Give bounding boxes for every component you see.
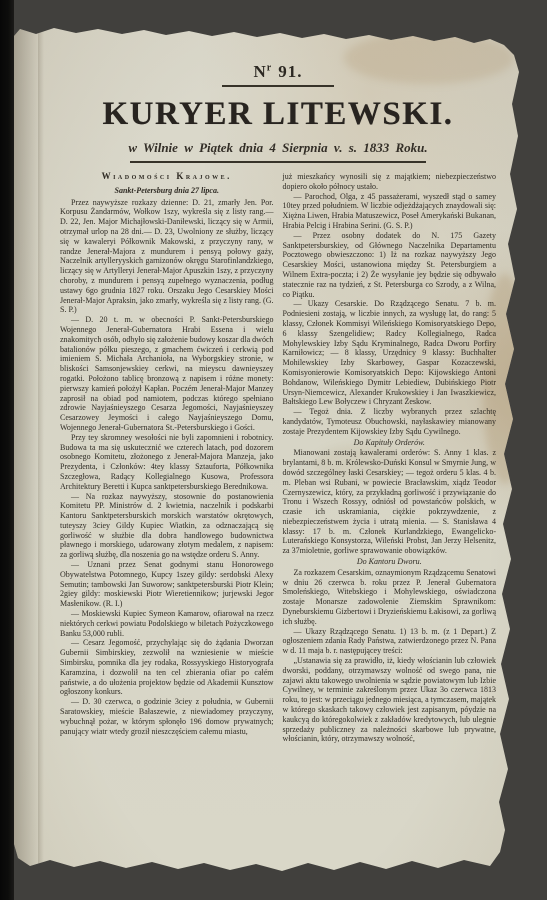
section-heading: Wiadomości Krajowe. [60, 172, 274, 182]
dateline-rule [130, 161, 426, 163]
article-paragraph: — D. 20 t. m. w obecności P. Sankt-Peter… [60, 315, 274, 433]
sub-heading: Do Kantoru Dworu. [283, 557, 497, 567]
article-columns: Wiadomości Krajowe.Sankt-Petersburg dnia… [60, 172, 496, 744]
book-gutter-shadow [0, 0, 14, 900]
issue-prefix: N [254, 62, 267, 81]
issue-value: 91. [278, 62, 302, 81]
article-paragraph: — D. 30 czerwca, o godzinie 3ciey z połu… [60, 697, 274, 736]
article-paragraph: — Przez osobny dodatek do N. 175 Gazety … [283, 231, 497, 300]
article-paragraph: Przy tey skromney wesołości nie byli zap… [60, 433, 274, 492]
article-paragraph: — Na rozkaz naywyższy, stosownie do post… [60, 492, 274, 561]
masthead-dateline: w Wilnie w Piątek dnia 4 Sierpnia v. s. … [60, 140, 496, 156]
article-paragraph: — Parochod, Olga, z 45 passażerami, wysz… [283, 192, 497, 231]
newspaper-page: Nr91. KURYER LITEWSKI. w Wilnie w Piątek… [14, 24, 522, 877]
article-paragraph: — Ukazy Rządzącego Senatu. 1) 13 b. m. (… [283, 627, 497, 656]
issue-superscript: r [267, 62, 272, 73]
article-paragraph: „Ustanawia się za prawidło, iż, kiedy wł… [283, 656, 497, 744]
issue-rule [222, 85, 334, 87]
column-dateline: Sankt-Petersburg dnia 27 lipca. [60, 186, 274, 196]
scan-background: Nr91. KURYER LITEWSKI. w Wilnie w Piątek… [0, 0, 547, 900]
article-paragraph: — Cesarz Jegomość, przychylając się do ż… [60, 638, 274, 697]
article-paragraph: — Uznani przez Senat godnymi stanu Honor… [60, 560, 274, 609]
article-paragraph: Mianowani zostają kawalerami orderów: S.… [283, 448, 497, 556]
masthead: Nr91. KURYER LITEWSKI. w Wilnie w Piątek… [60, 62, 496, 163]
left-column: Wiadomości Krajowe.Sankt-Petersburg dnia… [60, 172, 274, 744]
article-paragraph: Za rozkazem Cesarskim, oznaymionym Rządz… [283, 568, 497, 627]
newspaper-title: KURYER LITEWSKI. [60, 96, 496, 133]
page-content: Nr91. KURYER LITEWSKI. w Wilnie w Piątek… [14, 24, 522, 877]
right-column: już mieszkańcy wynosili się z majątkiem;… [283, 172, 497, 744]
issue-number: Nr91. [60, 62, 496, 82]
article-paragraph: — Tegoż dnia. Z liczby wybranych przez s… [283, 407, 497, 436]
article-paragraph: — Moskiewski Kupiec Symeon Kamarow, ofia… [60, 609, 274, 638]
article-paragraph: Przez naywyższe rozkazy dzienne: D. 21, … [60, 198, 274, 316]
sub-heading: Do Kapituły Orderów. [283, 438, 497, 448]
article-paragraph: — Ukazy Cesarskie. Do Rządzącego Senatu.… [283, 299, 497, 407]
article-paragraph: już mieszkańcy wynosili się z majątkiem;… [283, 172, 497, 192]
